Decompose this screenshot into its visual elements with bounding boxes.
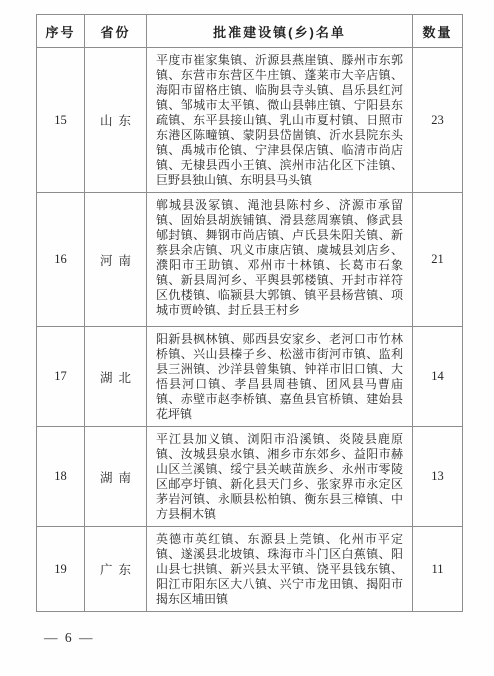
province-cell: 湖北 xyxy=(85,327,147,427)
province-cell: 湖南 xyxy=(85,427,147,527)
header-serial-number: 序号 xyxy=(37,15,85,48)
header-quantity: 数量 xyxy=(413,15,463,48)
serial-number-cell: 17 xyxy=(37,327,85,427)
table-row: 18 湖南 平江县加义镇、浏阳市沿溪镇、炎陵县鹿原镇、汝城县泉水镇、湘乡市东郊乡… xyxy=(37,427,463,527)
document-page: 序号 省份 批准建设镇(乡)名单 数量 15 山东 平度市崔家集镇、沂源县燕崖镇… xyxy=(0,0,494,676)
province-cell: 广东 xyxy=(85,527,147,612)
page-number: — 6 — xyxy=(44,630,95,646)
quantity-cell: 21 xyxy=(413,193,463,327)
table-row: 16 河南 郸城县汲冢镇、渑池县陈村乡、济源市承留镇、固始县胡族铺镇、滑县慈周寨… xyxy=(37,193,463,327)
quantity-cell: 11 xyxy=(413,527,463,612)
table-row: 15 山东 平度市崔家集镇、沂源县燕崖镇、滕州市东郭镇、东营市东营区牛庄镇、蓬莱… xyxy=(37,48,463,193)
quantity-cell: 13 xyxy=(413,427,463,527)
serial-number-cell: 18 xyxy=(37,427,85,527)
header-province: 省份 xyxy=(85,15,147,48)
towns-list-cell: 平度市崔家集镇、沂源县燕崖镇、滕州市东郭镇、东营市东营区牛庄镇、蓬莱市大辛店镇、… xyxy=(147,48,413,193)
province-cell: 河南 xyxy=(85,193,147,327)
quantity-cell: 14 xyxy=(413,327,463,427)
province-cell: 山东 xyxy=(85,48,147,193)
approved-towns-table: 序号 省份 批准建设镇(乡)名单 数量 15 山东 平度市崔家集镇、沂源县燕崖镇… xyxy=(36,14,463,612)
table-row: 17 湖北 阳新县枫林镇、郧西县安家乡、老河口市竹林桥镇、兴山县榛子乡、松滋市街… xyxy=(37,327,463,427)
serial-number-cell: 19 xyxy=(37,527,85,612)
towns-list-cell: 英德市英红镇、东源县上莞镇、化州市平定镇、遂溪县北坡镇、珠海市斗门区白蕉镇、阳山… xyxy=(147,527,413,612)
quantity-cell: 23 xyxy=(413,48,463,193)
serial-number-cell: 15 xyxy=(37,48,85,193)
towns-list-cell: 郸城县汲冢镇、渑池县陈村乡、济源市承留镇、固始县胡族铺镇、滑县慈周寨镇、修武县郇… xyxy=(147,193,413,327)
towns-list-cell: 平江县加义镇、浏阳市沿溪镇、炎陵县鹿原镇、汝城县泉水镇、湘乡市东郊乡、益阳市赫山… xyxy=(147,427,413,527)
table-header-row: 序号 省份 批准建设镇(乡)名单 数量 xyxy=(37,15,463,48)
towns-list-cell: 阳新县枫林镇、郧西县安家乡、老河口市竹林桥镇、兴山县榛子乡、松滋市街河市镇、监利… xyxy=(147,327,413,427)
table-row: 19 广东 英德市英红镇、东源县上莞镇、化州市平定镇、遂溪县北坡镇、珠海市斗门区… xyxy=(37,527,463,612)
serial-number-cell: 16 xyxy=(37,193,85,327)
header-approved-towns-list: 批准建设镇(乡)名单 xyxy=(147,15,413,48)
